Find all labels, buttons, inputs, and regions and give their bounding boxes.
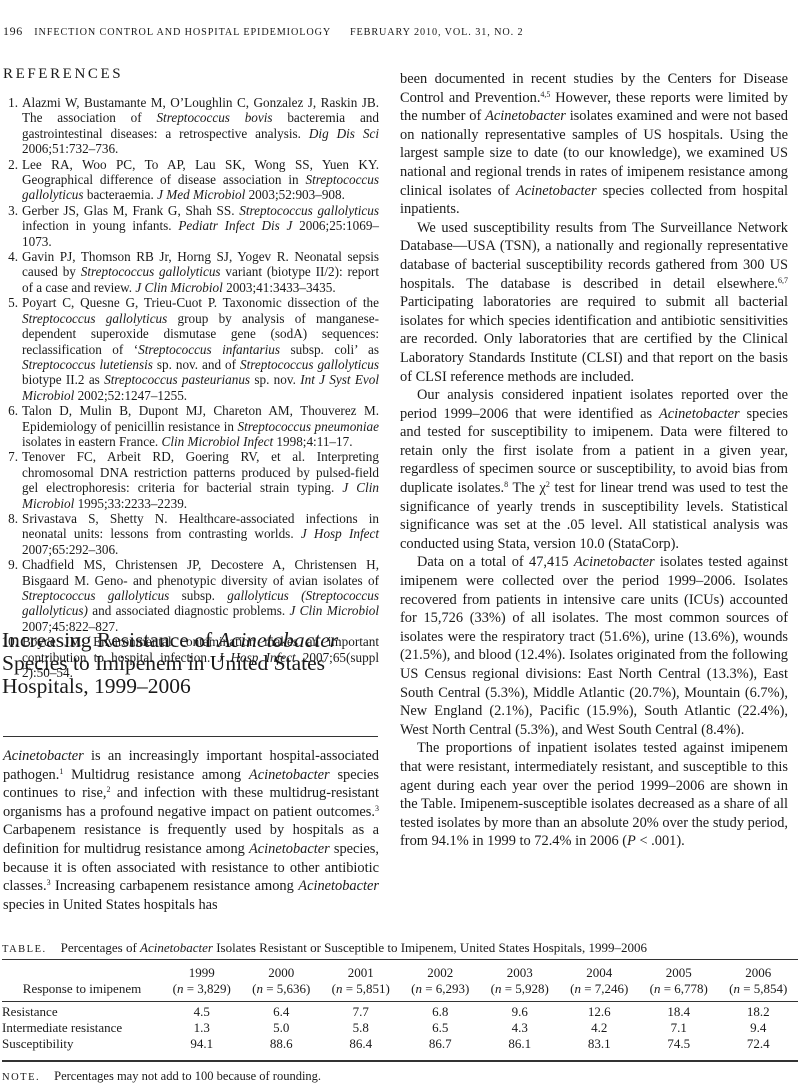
body-paragraph: Acinetobacter is an increasingly importa… [3, 747, 379, 914]
table-cell: 83.1 [560, 1036, 640, 1052]
text-run: species in United States hospitals has [3, 897, 218, 913]
table-cell: 74.5 [639, 1036, 719, 1052]
table-note: Note.Percentages may not add to 100 beca… [2, 1069, 321, 1084]
text-run: Multidrug resistance among [63, 767, 249, 783]
text-run: 1995;33:2233–2239. [74, 496, 187, 511]
reference-number: 7. [3, 449, 18, 464]
table-bottom-rule [2, 1060, 798, 1062]
text-run: Percentages of [61, 940, 140, 955]
journal-name: Infection Control and Hospital Epidemiol… [34, 27, 331, 38]
reference-item: 9.Chadfield MS, Christensen JP, Decoster… [3, 557, 379, 634]
text-run: bacteraemia. [84, 187, 158, 202]
reference-number: 2. [3, 157, 18, 172]
references-section: References 1.Alazmi W, Bustamante M, O’L… [3, 66, 379, 680]
page-number: 196 [3, 24, 23, 38]
italic-text: Pediatr Infect Dis J [178, 218, 292, 233]
text-run: < .001). [636, 833, 685, 849]
italic-text: Dig Dis Sci [309, 126, 379, 141]
table-cell: 7.7 [321, 999, 401, 1020]
table-cell: 94.1 [162, 1036, 242, 1052]
text-run: subsp. coli’ as [280, 342, 379, 357]
reference-number: 9. [3, 557, 18, 572]
article-body-right: been documented in recent studies by the… [400, 70, 788, 851]
text-run: We used susceptibility results from The … [400, 220, 788, 292]
table-cell: 4.2 [560, 1020, 640, 1036]
citation-superscript: 4,5 [540, 90, 550, 99]
text-run: 1998;4:11–17. [273, 434, 352, 449]
table-cell: 7.1 [639, 1020, 719, 1036]
table-cell: 86.7 [401, 1036, 481, 1052]
table-cell: 6.8 [401, 999, 481, 1020]
column-year: 2003 [480, 960, 560, 981]
article-body-left: Acinetobacter is an increasingly importa… [3, 747, 379, 914]
column-n: (n = 5,928) [480, 981, 560, 999]
table-cell: 9.4 [719, 1020, 799, 1036]
row-label: Intermediate resistance [2, 1020, 162, 1036]
italic-text: Acinetobacter [249, 767, 330, 783]
column-n-value: 5,854 [754, 981, 783, 996]
table-note-label: Note. [2, 1072, 40, 1083]
text-run: Isolates Resistant or Susceptible to Imi… [213, 940, 647, 955]
column-n-value: 5,636 [277, 981, 306, 996]
italic-text: Streptococcus pasteurianus [104, 372, 250, 387]
italic-text: Acinetobacter [485, 108, 566, 124]
italic-text: J Med Microbiol [157, 187, 245, 202]
italic-text: Streptococcus gallolyticus [239, 203, 379, 218]
text-run: 2007;65:292–306. [22, 542, 118, 557]
body-paragraph: The proportions of inpatient isolates te… [400, 739, 788, 851]
text-run: Species to Imipenem in United States Hos… [2, 651, 325, 698]
column-n-value: 3,829 [197, 981, 226, 996]
table-cell: 9.6 [480, 999, 560, 1020]
column-year: 2002 [401, 960, 481, 981]
reference-number: 3. [3, 203, 18, 218]
italic-text: Acinetobacter [574, 554, 655, 570]
reference-item: 3.Gerber JS, Glas M, Frank G, Shah SS. S… [3, 203, 379, 249]
italic-text: Acinetobacter [298, 878, 379, 894]
body-paragraph: Our analysis considered inpatient isolat… [400, 386, 788, 553]
text-run: and associated diagnostic problems. [88, 603, 290, 618]
data-table: 19992000200120022003200420052006 Respons… [2, 960, 798, 1052]
column-year: 2006 [719, 960, 799, 981]
table-cell: 86.4 [321, 1036, 401, 1052]
citation-superscript: 3 [375, 804, 379, 813]
italic-text: Streptococcus infantarius [138, 342, 280, 357]
column-n: (n = 5,854) [719, 981, 799, 999]
italic-text: J Hosp Infect [301, 526, 379, 541]
italic-text: J Clin Microbiol [135, 280, 222, 295]
italic-text: Acinetobacter [249, 841, 330, 857]
table-label: Table. [2, 944, 47, 955]
column-n: (n = 3,829) [162, 981, 242, 999]
column-n: (n = 5,851) [321, 981, 401, 999]
table-cell: 12.6 [560, 999, 640, 1020]
text-run: subsp. [169, 588, 227, 603]
column-n: (n = 6,293) [401, 981, 481, 999]
reference-number: 1. [3, 95, 18, 110]
italic-text: Acinetobacter [218, 628, 339, 652]
running-head: 196 Infection Control and Hospital Epide… [3, 24, 524, 39]
table-header-rule [2, 1001, 798, 1002]
column-n-value: 6,293 [436, 981, 465, 996]
body-paragraph: We used susceptibility results from The … [400, 219, 788, 386]
table-row-header: Response to imipenem [2, 981, 162, 999]
table-cell: 86.1 [480, 1036, 560, 1052]
table-cell: 18.2 [719, 999, 799, 1020]
reference-number: 6. [3, 403, 18, 418]
text-run: Increasing Resistance of [2, 628, 218, 652]
italic-text: Streptococcus gallolyticus [22, 588, 169, 603]
italic-text: Streptococcus gallolyticus [22, 311, 167, 326]
row-label: Susceptibility [2, 1036, 162, 1052]
column-n-value: 6,778 [674, 981, 703, 996]
reference-item: 5.Poyart C, Quesne G, Trieu-Cuot P. Taxo… [3, 295, 379, 403]
text-run: isolates in eastern France. [22, 434, 162, 449]
table-cell: 6.5 [401, 1020, 481, 1036]
text-run: 2003;52:903–908. [245, 187, 345, 202]
column-year: 2004 [560, 960, 640, 981]
table-cell: 72.4 [719, 1036, 799, 1052]
issue-info: February 2010, Vol. 31, No. 2 [350, 27, 524, 38]
body-paragraph: been documented in recent studies by the… [400, 70, 788, 219]
table-cell: 5.0 [242, 1020, 322, 1036]
references-heading: References [3, 66, 379, 83]
reference-item: 1.Alazmi W, Bustamante M, O’Loughlin C, … [3, 95, 379, 157]
reference-item: 8.Srivastava S, Shetty N. Healthcare-ass… [3, 511, 379, 557]
reference-item: 4.Gavin PJ, Thomson RB Jr, Horng SJ, Yog… [3, 249, 379, 295]
table-cell: 5.8 [321, 1020, 401, 1036]
reference-number: 8. [3, 511, 18, 526]
text-run: Poyart C, Quesne G, Trieu-Cuot P. Taxono… [22, 295, 379, 310]
italic-text: J Clin Microbiol [289, 603, 379, 618]
column-year: 2000 [242, 960, 322, 981]
table-year-row: 19992000200120022003200420052006 [2, 960, 798, 981]
reference-item: 6.Talon D, Mulin B, Dupont MJ, Chareton … [3, 403, 379, 449]
reference-number: 5. [3, 295, 18, 310]
italic-text: Streptococcus gallolyticus [240, 357, 379, 372]
text-run: Gerber JS, Glas M, Frank G, Shah SS. [22, 203, 239, 218]
italic-text: Streptococcus lutetiensis [22, 357, 153, 372]
text-run: infection in young infants. [22, 218, 178, 233]
italic-text: Clin Microbiol Infect [162, 434, 274, 449]
table-n-row: Response to imipenem (n = 3,829)(n = 5,6… [2, 981, 798, 999]
italic-text: Acinetobacter [3, 748, 84, 764]
text-run: The proportions of inpatient isolates te… [400, 740, 788, 849]
references-list: 1.Alazmi W, Bustamante M, O’Loughlin C, … [3, 95, 379, 680]
text-run: isolates tested against imipenem were co… [400, 554, 788, 737]
italic-text: Streptococcus gallolyticus [81, 264, 221, 279]
table-cell: 6.4 [242, 999, 322, 1020]
text-run: Chadfield MS, Christensen JP, Decostere … [22, 557, 379, 587]
table-cell: 1.3 [162, 1020, 242, 1036]
table-row: Intermediate resistance1.35.05.86.54.34.… [2, 1020, 798, 1036]
column-n: (n = 7,246) [560, 981, 640, 999]
column-year: 2005 [639, 960, 719, 981]
column-n: (n = 6,778) [639, 981, 719, 999]
italic-text: P [627, 833, 636, 849]
table-caption: Table.Percentages of Acinetobacter Isola… [2, 940, 798, 956]
title-divider [3, 736, 378, 737]
column-n-value: 5,928 [515, 981, 544, 996]
text-run: biotype II.2 as [22, 372, 104, 387]
table-cell: 4.5 [162, 999, 242, 1020]
table-cell: 88.6 [242, 1036, 322, 1052]
text-run: 2002;52:1247–1255. [74, 388, 187, 403]
table-row: Susceptibility94.188.686.486.786.183.174… [2, 1036, 798, 1052]
column-n-value: 5,851 [356, 981, 385, 996]
text-run: The χ [508, 480, 546, 496]
reference-item: 7.Tenover FC, Arbeit RD, Goering RV, et … [3, 449, 379, 511]
citation-superscript: 6,7 [778, 276, 788, 285]
italic-text: Acinetobacter [140, 940, 213, 955]
italic-text: Acinetobacter [659, 406, 740, 422]
text-run: Data on a total of 47,415 [417, 554, 574, 570]
table-cell: 18.4 [639, 999, 719, 1020]
table-row: Resistance4.56.47.76.89.612.618.418.2 [2, 999, 798, 1020]
text-run: Participating laboratories are required … [400, 294, 788, 384]
column-n: (n = 5,636) [242, 981, 322, 999]
text-run: 2003;41:3433–3435. [223, 280, 336, 295]
body-paragraph: Data on a total of 47,415 Acinetobacter … [400, 553, 788, 739]
italic-text: Acinetobacter [516, 183, 597, 199]
article-title: Increasing Resistance of Acinetobacter S… [2, 629, 378, 698]
reference-item: 2.Lee RA, Woo PC, To AP, Lau SK, Wong SS… [3, 157, 379, 203]
column-year: 2001 [321, 960, 401, 981]
text-run: Tenover FC, Arbeit RD, Goering RV, et al… [22, 449, 379, 495]
column-n-value: 7,246 [595, 981, 624, 996]
column-year: 1999 [162, 960, 242, 981]
table-cell: 4.3 [480, 1020, 560, 1036]
text-run: 2006;51:732–736. [22, 141, 118, 156]
italic-text: Streptococcus bovis [156, 110, 272, 125]
table-caption-text: Percentages of Acinetobacter Isolates Re… [61, 940, 647, 955]
text-run: sp. nov. and of [153, 357, 240, 372]
table-note-text: Percentages may not add to 100 because o… [54, 1069, 321, 1083]
reference-number: 4. [3, 249, 18, 264]
italic-text: Streptococcus pneumoniae [238, 419, 380, 434]
text-run: Increasing carbapenem resistance among [51, 878, 299, 894]
row-label: Resistance [2, 999, 162, 1020]
text-run: sp. nov. [250, 372, 300, 387]
